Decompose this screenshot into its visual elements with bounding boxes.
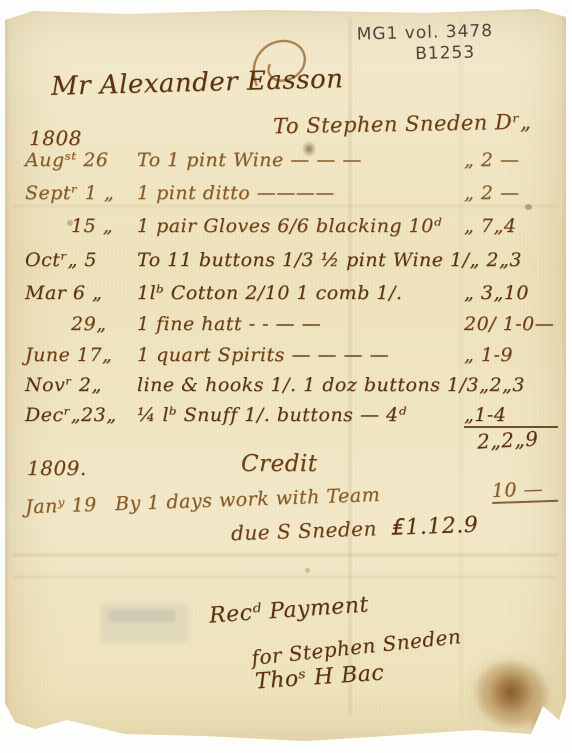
entry-description: To 11 buttons 1/3 ½ pint Wine 1/ bbox=[137, 249, 470, 271]
entry-date: Mar 6 „ bbox=[25, 282, 137, 304]
credit-entry: Janʸ 19 By 1 days work with Team 10 — bbox=[25, 478, 559, 521]
entry-date: 15 „ bbox=[25, 215, 137, 237]
receipt-statement: Recᵈ Payment bbox=[208, 592, 369, 628]
ledger-row: 15 „ 1 pair Gloves 6/6 blacking 10ᵈ „ 7„… bbox=[25, 215, 558, 237]
paper-sheet: MG1 vol. 3478 B1253 Mr Alexander Easson … bbox=[5, 8, 566, 745]
entry-description: 1 quart Spirits — — — — bbox=[137, 344, 464, 366]
balance-due-label: due S Sneden bbox=[231, 516, 378, 545]
entry-amount: „ 2„3 bbox=[470, 249, 564, 271]
entry-description: By 1 days work with Team bbox=[115, 480, 493, 517]
entry-date: Octʳ„ 5 bbox=[25, 249, 137, 271]
entry-amount: „1-4 bbox=[464, 404, 558, 428]
entry-description: To 1 pint Wine — — — bbox=[137, 149, 464, 171]
entry-date: 29„ bbox=[25, 313, 137, 335]
stain bbox=[452, 637, 572, 751]
entry-description: 1 pint ditto ———— bbox=[137, 182, 464, 204]
entry-amount: 10 — bbox=[491, 478, 558, 504]
debit-year: 1808 bbox=[29, 126, 82, 150]
entry-amount: 20/ 1-0— bbox=[464, 313, 558, 335]
horizontal-crease bbox=[13, 205, 558, 207]
ink-bleedthrough bbox=[109, 610, 175, 622]
entry-description: 1 pair Gloves 6/6 blacking 10ᵈ bbox=[137, 215, 464, 237]
entry-date: Janʸ 19 bbox=[25, 493, 116, 520]
entry-description: 1 fine hatt - - — — bbox=[137, 313, 464, 335]
horizontal-crease bbox=[13, 554, 558, 556]
ink-bleedthrough bbox=[101, 604, 189, 642]
credit-year: 1809. bbox=[27, 456, 87, 480]
debit-total: 2„2„9 bbox=[476, 426, 539, 453]
ledger-row: 29„ 1 fine hatt - - — — 20/ 1-0— bbox=[25, 313, 558, 335]
archive-volume: MG1 vol. 3478 bbox=[356, 21, 493, 45]
entry-amount: „ 1-9 bbox=[464, 344, 558, 366]
entry-date: Septʳ 1 „ bbox=[25, 182, 137, 204]
balance-due-amount: ₤1.12.9 bbox=[376, 513, 478, 542]
ledger-row: June 17„ 1 quart Spirits — — — — „ 1-9 bbox=[25, 344, 558, 366]
credit-heading: Credit bbox=[241, 451, 318, 477]
entry-description: ¼ lᵇ Snuff 1/. buttons — 4ᵈ bbox=[137, 404, 464, 428]
stain bbox=[485, 664, 537, 720]
archive-number: B1253 bbox=[357, 41, 557, 67]
entry-date: Augˢᵗ 26 bbox=[25, 149, 137, 171]
entry-amount: „ 2 — bbox=[464, 182, 558, 204]
debit-heading: To Stephen Sneden Dʳ„ bbox=[273, 110, 532, 139]
stain bbox=[443, 636, 572, 748]
entry-amount: „ 2 — bbox=[464, 149, 558, 171]
entry-amount: „2„3 bbox=[479, 374, 572, 396]
speck bbox=[305, 568, 310, 573]
ledger-row: Decʳ„23„ ¼ lᵇ Snuff 1/. buttons — 4ᵈ „1-… bbox=[25, 404, 558, 428]
addressee-name: Mr Alexander Easson bbox=[51, 64, 344, 102]
horizontal-crease bbox=[13, 576, 558, 578]
ledger-row: Novʳ 2„ line & hooks 1/. 1 doz buttons 1… bbox=[25, 374, 558, 396]
scanned-document: MG1 vol. 3478 B1253 Mr Alexander Easson … bbox=[0, 0, 572, 753]
entry-description: line & hooks 1/. 1 doz buttons 1/3 bbox=[137, 374, 479, 396]
ledger-row: Octʳ„ 5 To 11 buttons 1/3 ½ pint Wine 1/… bbox=[25, 249, 558, 271]
entry-date: Decʳ„23„ bbox=[25, 404, 137, 428]
ledger-row: Mar 6 „ 1lᵇ Cotton 2/10 1 comb 1/. „ 3„1… bbox=[25, 282, 558, 304]
ledger-row: Septʳ 1 „ 1 pint ditto ———— „ 2 — bbox=[25, 182, 558, 204]
ledger-row: Augˢᵗ 26 To 1 pint Wine — — — „ 2 — bbox=[25, 149, 558, 171]
entry-date: Novʳ 2„ bbox=[25, 374, 137, 396]
entry-amount: „ 7„4 bbox=[464, 215, 558, 237]
entry-description: 1lᵇ Cotton 2/10 1 comb 1/. bbox=[137, 282, 464, 304]
entry-date: June 17„ bbox=[25, 344, 137, 366]
entry-amount: „ 3„10 bbox=[464, 282, 558, 304]
balance-due-line: due S Sneden₤1.12.9 bbox=[231, 513, 479, 547]
stain bbox=[529, 708, 555, 742]
archive-reference: MG1 vol. 3478 B1253 bbox=[356, 19, 557, 67]
